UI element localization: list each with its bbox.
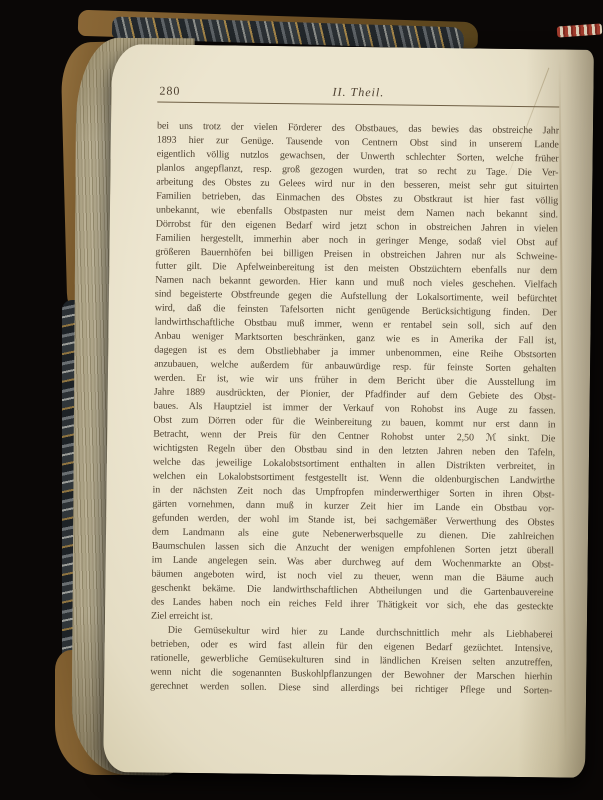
book-page: 280 II. Theil. bei uns trotz der vielen … — [103, 44, 594, 778]
headband-top-right — [557, 23, 603, 37]
page-number: 280 — [159, 84, 180, 99]
book-photo: 280 II. Theil. bei uns trotz der vielen … — [0, 0, 603, 800]
text-block: bei uns trotz der vielen Förderer des Ob… — [150, 120, 559, 699]
running-header: II. Theil. — [157, 83, 559, 103]
gutter-crease — [559, 60, 567, 759]
page-header: 280 II. Theil. — [157, 83, 559, 104]
page-content: 280 II. Theil. bei uns trotz der vielen … — [150, 83, 559, 699]
